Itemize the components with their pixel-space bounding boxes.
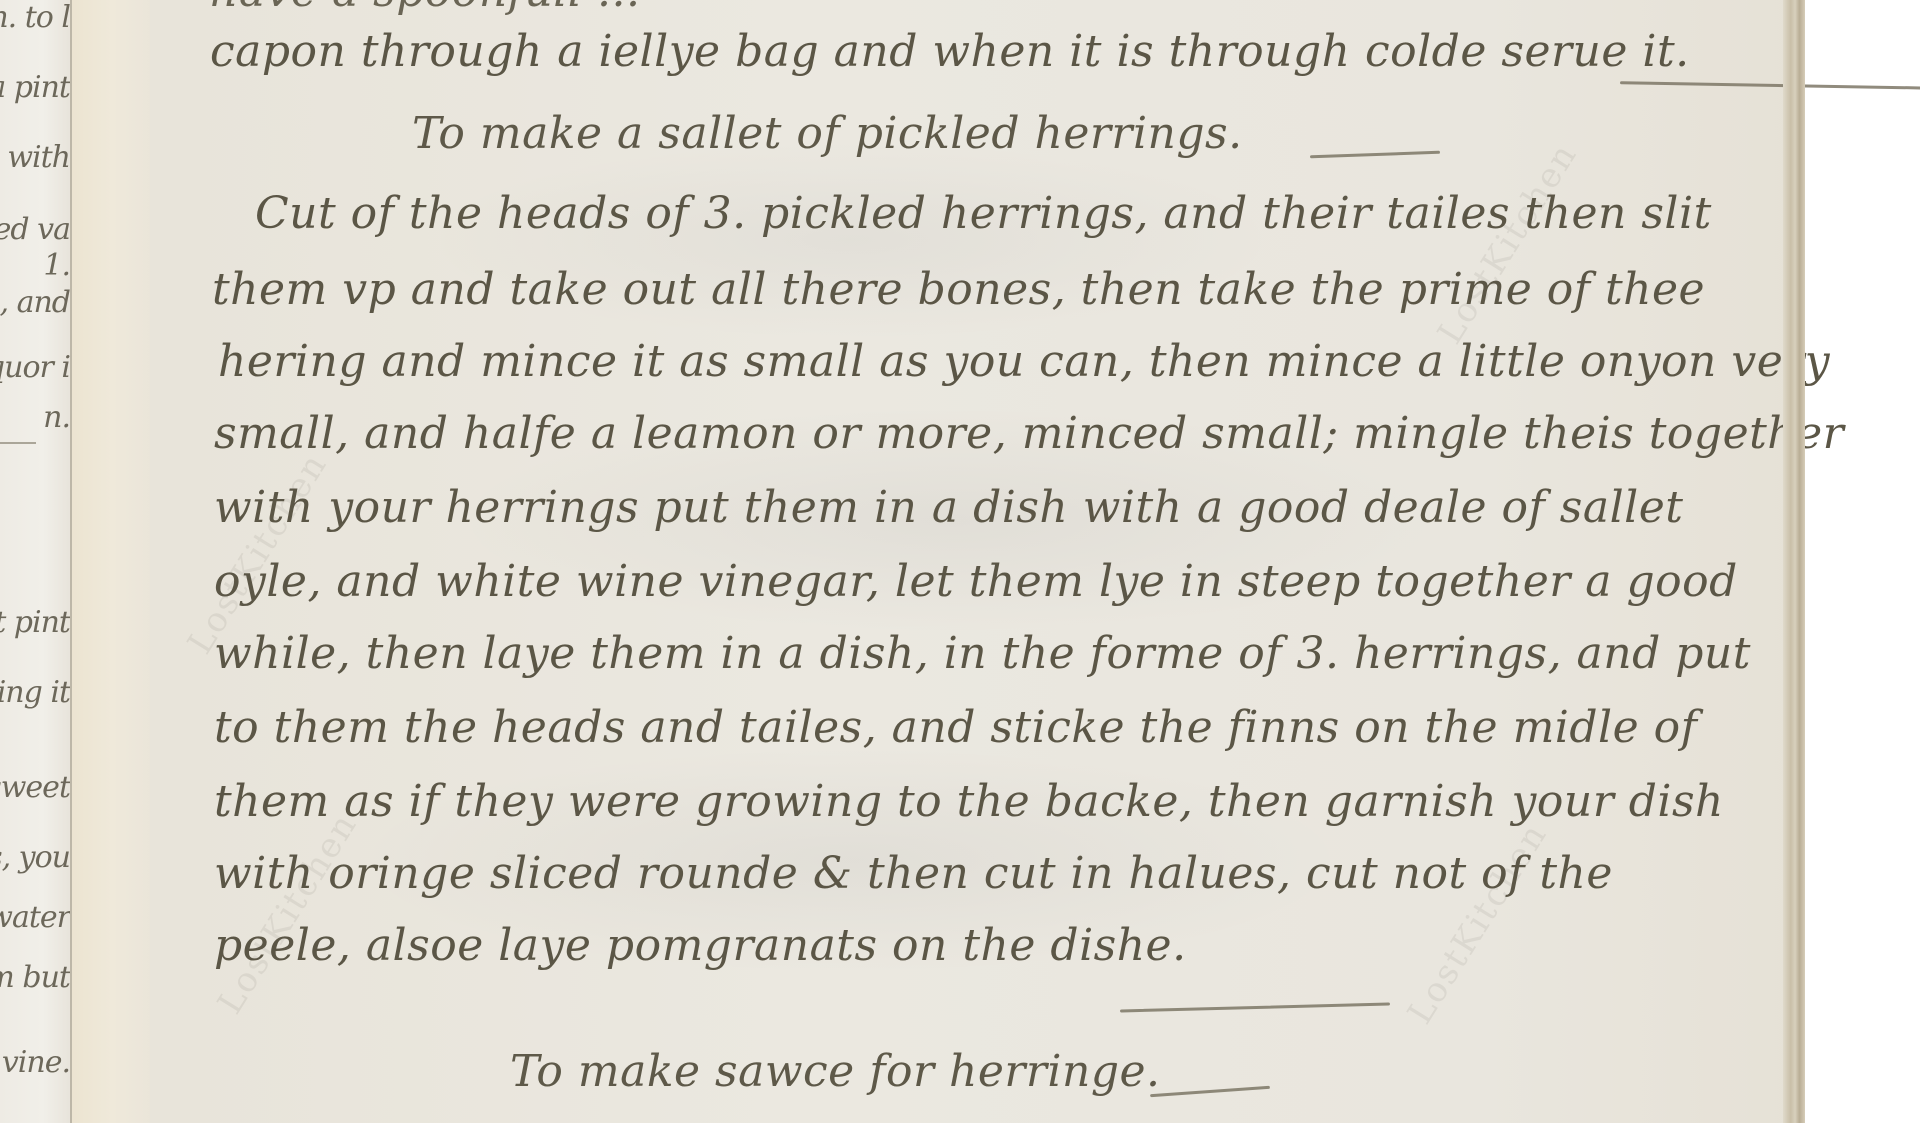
recipe-line: with oringe sliced rounde & then cut in … xyxy=(214,852,1613,896)
section-divider xyxy=(1620,81,1920,90)
facing-page-fragment: ge water xyxy=(0,900,70,935)
facing-page-fragment: of sweet xyxy=(0,770,70,805)
page-edge xyxy=(1783,0,1805,1123)
watermark: LostKitchen xyxy=(210,806,365,1021)
facing-page-fragment: ice, and xyxy=(0,285,70,320)
facing-page-fragment: 1. xyxy=(43,248,70,283)
facing-page: on. to l n a pint kin with ymed va 1. ic… xyxy=(0,0,72,1123)
manuscript-viewer: on. to l n a pint kin with ymed va 1. ic… xyxy=(0,0,1920,1123)
recipe-line: small, and halfe a leamon or more, mince… xyxy=(214,412,1844,456)
recipe-line: with your herrings put them in a dish wi… xyxy=(214,486,1683,530)
recipe-line: to them the heads and tailes, and sticke… xyxy=(214,706,1697,750)
binding-gutter xyxy=(72,0,162,1123)
section-divider xyxy=(1120,1002,1390,1012)
facing-page-fragment: sing it xyxy=(0,675,70,710)
facing-page-fragment: on. to l xyxy=(0,0,70,35)
facing-page-fragment: e vine. xyxy=(0,1045,70,1080)
title-underline xyxy=(1310,151,1440,159)
facing-page-divider xyxy=(0,442,36,444)
recipe-line: while, then laye them in a dish, in the … xyxy=(214,632,1751,676)
recipe-line: peele, alsoe laye pomgranats on the dish… xyxy=(214,924,1187,968)
recipe-line: hering and mince it as small as you can,… xyxy=(218,340,1830,384)
facing-page-fragment: om but xyxy=(0,960,70,995)
recipe-title: To make sawce for herringe. xyxy=(510,1050,1161,1094)
recipe-line: them as if they were growing to the back… xyxy=(214,780,1724,824)
manuscript-line-partial: have a spoonfull ... xyxy=(210,0,640,14)
manuscript-page: LostKitchen LostKitchen LostKitchen Lost… xyxy=(150,0,1805,1123)
recipe-line: oyle, and white wine vinegar, let them l… xyxy=(214,560,1738,604)
manuscript-line: capon through a iellye bag and when it i… xyxy=(210,30,1690,74)
title-underline xyxy=(1150,1086,1270,1097)
facing-page-fragment: n a pint xyxy=(0,70,70,105)
watermark: LostKitchen xyxy=(1430,136,1585,351)
facing-page-fragment: ymed va xyxy=(0,212,70,247)
facing-page-fragment: kin with xyxy=(0,140,70,175)
recipe-line: them vp and take out all there bones, th… xyxy=(212,268,1705,312)
recipe-line: Cut of the heads of 3. pickled herrings,… xyxy=(255,192,1712,236)
facing-page-fragment: it pint xyxy=(0,605,70,640)
facing-page-fragment: n. xyxy=(43,400,70,435)
facing-page-fragment: s liquor i xyxy=(0,350,70,385)
recipe-title: To make a sallet of pickled herrings. xyxy=(412,112,1243,156)
facing-page-fragment: us, you xyxy=(0,840,70,875)
